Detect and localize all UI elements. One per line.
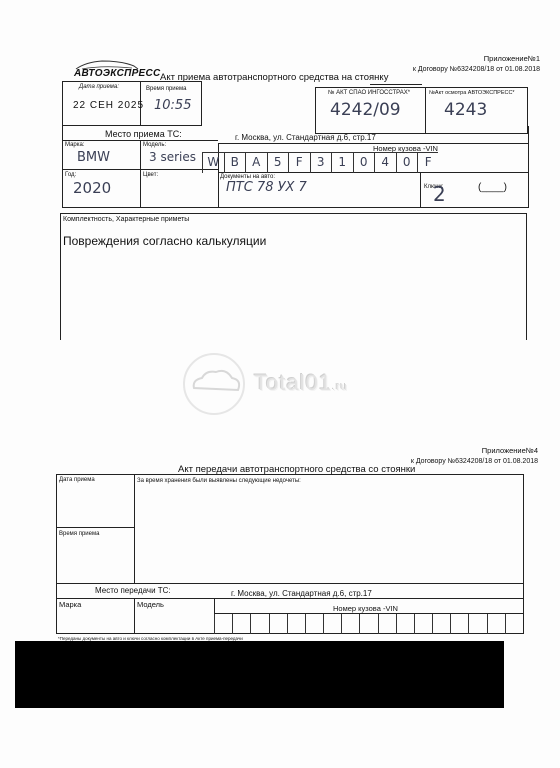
vin-cell: B (224, 153, 246, 173)
contract-reference-1: к Договору №6324208/18 от 01.08.2018 (413, 66, 540, 73)
watermark-text: Total01 (254, 370, 332, 395)
vin-cell (450, 614, 468, 634)
autoexpress-act-value: 4243 (444, 100, 487, 120)
completeness-box: Комплектность, Характерные приметы Повре… (60, 213, 527, 340)
vin-cell (359, 614, 377, 634)
documents-value: ПТС 78 УХ 7 (226, 180, 307, 195)
handover-place-label: Место передачи ТС: (95, 586, 171, 595)
vin-cell (432, 614, 450, 634)
handover-vin-label: Номер кузова -VIN (333, 604, 398, 613)
vin-cell (250, 614, 268, 634)
date-stamp: 22 СЕН 2025 (73, 100, 144, 111)
vin-cell: 0 (396, 153, 418, 173)
vin-cell: 3 (310, 153, 332, 173)
ingos-act-value: 4242/09 (330, 100, 401, 120)
watermark-suffix: .ru (332, 381, 348, 393)
vin-cell (214, 614, 232, 634)
vin-cell (287, 614, 305, 634)
vin-cell (414, 614, 432, 634)
completeness-value: Повреждения согласно калькуляции (63, 234, 266, 248)
vin-cell (378, 614, 396, 634)
vin-cell: F (288, 153, 310, 173)
vin-cell (505, 614, 523, 634)
vin-cell: F (417, 153, 439, 173)
redacted-area (15, 641, 504, 708)
vin-cell (323, 614, 341, 634)
year-value: 2020 (73, 179, 111, 197)
model-value: 3 series (149, 150, 196, 164)
vin-cell (468, 614, 486, 634)
brand-label: Марка: (65, 142, 85, 148)
handover-place-value: г. Москва, ул. Стандартная д.6, стр.17 (231, 589, 372, 598)
vin-cell: 4 (374, 153, 396, 173)
handover-date-label: Дата приема (59, 477, 95, 483)
vin-cell (487, 614, 505, 634)
keys-bracket: (____) (478, 182, 507, 193)
date-time-box: Дата приема: 22 СЕН 2025 Время приема 10… (62, 81, 202, 126)
vin-cell: A (245, 153, 267, 173)
handover-model-label: Модель (137, 600, 164, 609)
vin-cell (269, 614, 287, 634)
brand-value: BMW (77, 150, 110, 165)
handover-time-label: Время приема (59, 531, 99, 537)
handover-brand-label: Марка (59, 600, 81, 609)
vin-cell: 5 (267, 153, 289, 173)
vin-cell: 1 (331, 153, 353, 173)
time-label: Время приема (146, 86, 186, 92)
model-label: Модель: (143, 142, 166, 148)
place-label: Место приема ТС: (105, 129, 182, 139)
handover-vin-cells (214, 613, 523, 634)
date-label: Дата приема: (79, 84, 119, 90)
vin-cells: WBA5F31040F (202, 152, 438, 173)
autoexpress-act-label: №Акт осмотра АВТОЭКСПРЕСС* (429, 90, 515, 96)
contract-reference-4: к Договору №6324208/18 от 01.08.2018 (411, 458, 538, 465)
car-cloud-watermark-icon (182, 350, 252, 420)
time-value: 10:55 (154, 98, 191, 113)
year-label: Год: (65, 172, 76, 178)
vin-cell (232, 614, 250, 634)
place-value: г. Москва, ул. Стандартная д.6, стр.17 (235, 133, 376, 142)
ingos-act-label: № АКТ СПАО ИНГОССТРАХ* (328, 90, 410, 96)
vin-cell: 0 (353, 153, 375, 173)
vehicle-info-table: Место приема ТС: г. Москва, ул. Стандарт… (62, 126, 529, 208)
vin-cell (396, 614, 414, 634)
defects-label: За время хранения были выявлены следующи… (137, 478, 301, 484)
autoexpress-logo: АВТОЭКСПРЕСС (72, 60, 142, 80)
handover-table: Дата приема Время приема За время хранен… (56, 474, 524, 634)
appendix-4-label: Приложение№4 (482, 446, 538, 455)
vin-cell (341, 614, 359, 634)
color-label: Цвет: (143, 172, 158, 178)
appendix-1-label: Приложение№1 (484, 54, 540, 63)
vin-cell: W (202, 153, 224, 173)
vin-cell (305, 614, 323, 634)
completeness-label: Комплектность, Характерные приметы (63, 216, 189, 223)
keys-value: 2 (433, 182, 446, 206)
total01-watermark: Total01.ru (182, 350, 422, 420)
